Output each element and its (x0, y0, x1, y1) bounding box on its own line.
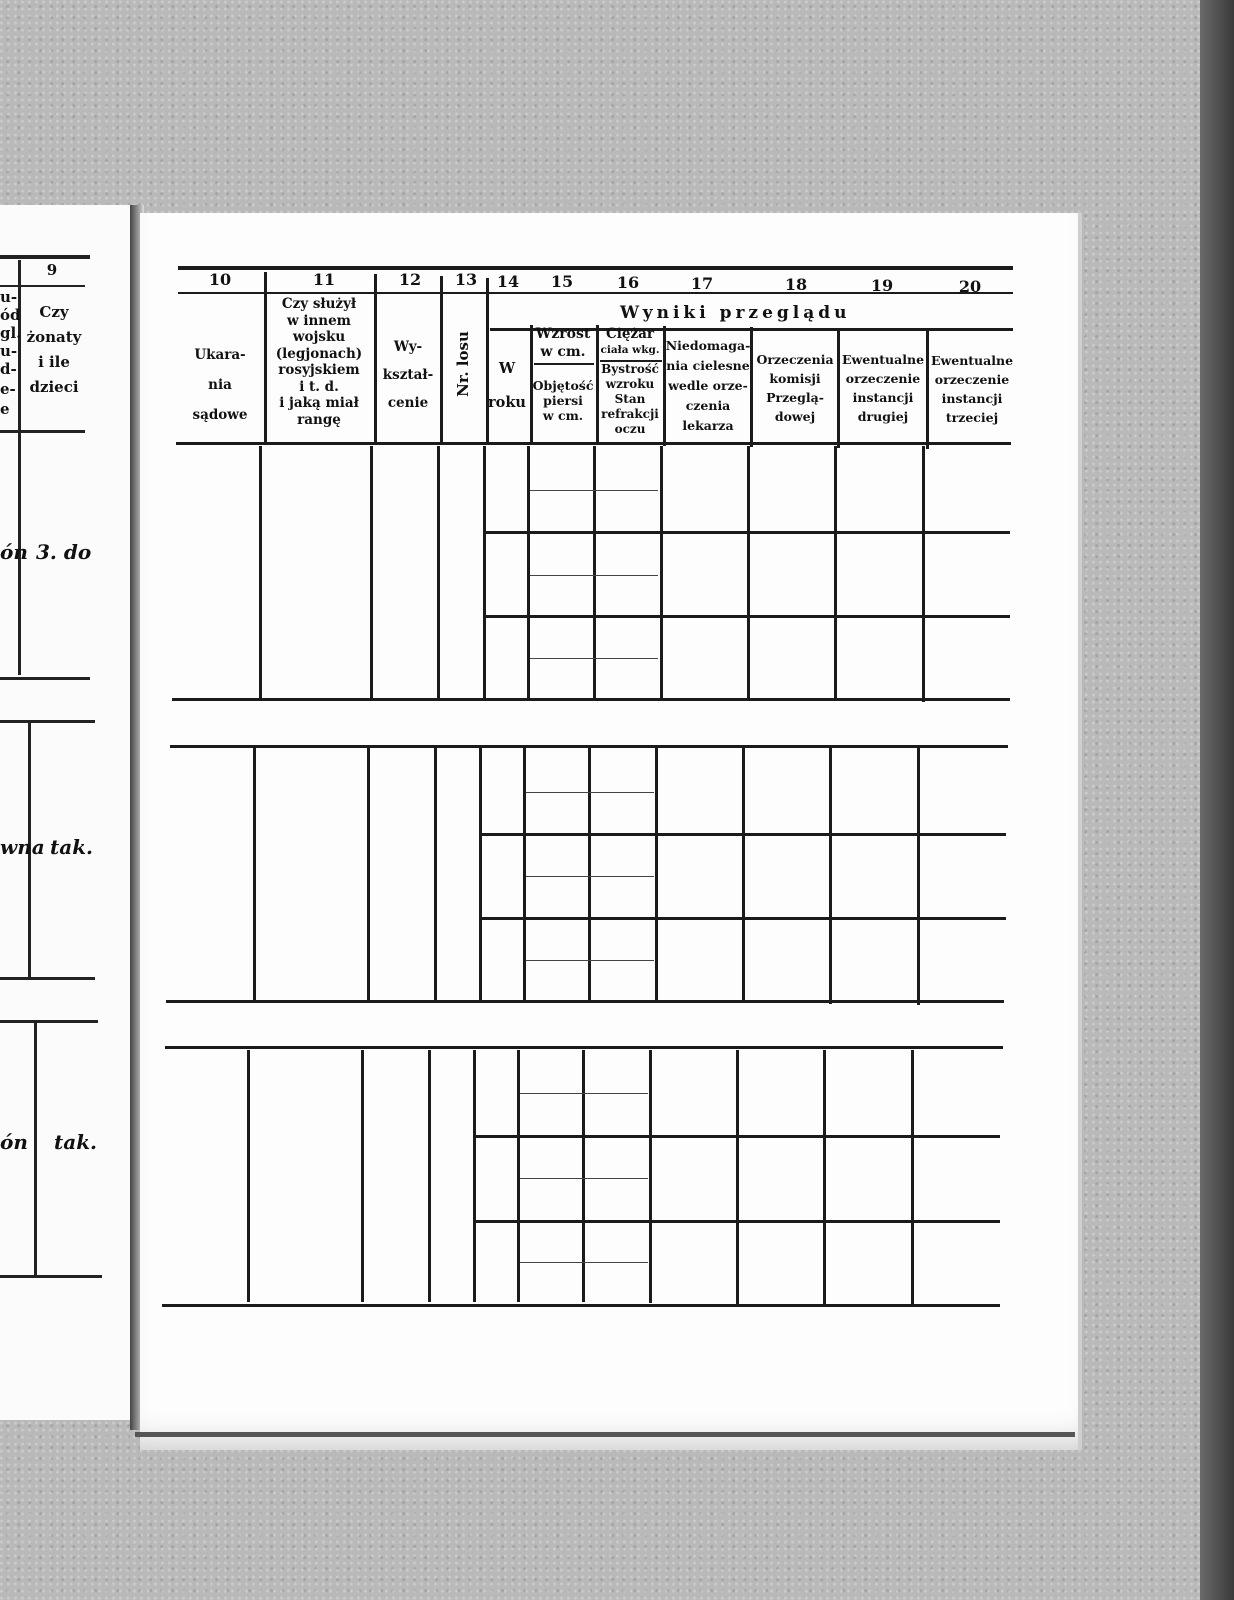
column-divider (253, 748, 256, 1000)
header-orzeczenie-trzeciej: Ewentualne orzeczenie instancji trzeciej (928, 351, 1016, 427)
header-objetosc-piersi: Objętość piersi w cm. (532, 378, 594, 423)
column-9-header-line-3: i ile (22, 350, 86, 374)
header-line: dowej (752, 407, 838, 426)
block-separator (0, 677, 90, 680)
header-line: Objętość (532, 378, 594, 393)
header-line: w innem (266, 313, 372, 330)
header-line: W (488, 352, 526, 386)
sub-row-rule (486, 531, 1010, 534)
column-divider (483, 446, 486, 698)
header-line: Wy- (376, 333, 440, 361)
column-divider (486, 278, 489, 444)
block-separator (0, 720, 95, 723)
header-line: wojsku (266, 329, 372, 346)
header-orzeczenia-komisji: Orzeczenia komisji Przeglą- dowej (752, 350, 838, 426)
header-line: lekarza (665, 416, 751, 436)
handwritten-fragment: ón (0, 540, 28, 564)
header-line: w cm. (532, 343, 594, 361)
group-header-wyniki-przegladu: Wyniki przeglądu (620, 303, 851, 323)
block-bottom-rule (162, 1304, 1000, 1307)
handwritten-entry: tak. (54, 1130, 97, 1154)
header-line: rosyjskiem (266, 362, 372, 379)
header-line: wzroku (598, 377, 662, 392)
inner-line (520, 1262, 648, 1263)
column-number-11: 11 (294, 270, 354, 289)
left-page: 9 Czy żonaty i ile dzieci u- ód gl. u- d… (0, 205, 136, 1420)
sub-row-rule (482, 833, 1006, 836)
column-9-header-line-2: żonaty (22, 325, 86, 349)
inner-line (526, 792, 654, 793)
header-line: Orzeczenia (752, 350, 838, 369)
header-line: roku (488, 386, 526, 420)
column-divider (649, 1050, 652, 1303)
column-divider (434, 748, 437, 1000)
block-separator (0, 1275, 102, 1278)
header-line: Ewentualne (839, 350, 927, 369)
header-line: instancji (928, 389, 1016, 408)
column-divider (367, 748, 370, 1000)
column-divider (837, 328, 840, 448)
inner-line (526, 960, 654, 961)
header-ciezar: Ciężar ciała wkg. (598, 326, 662, 358)
column-divider (428, 1050, 431, 1302)
column-divider (829, 748, 832, 1004)
inner-line (530, 575, 658, 576)
column-divider (922, 446, 925, 702)
handwritten-entry: 3. do (36, 540, 91, 564)
block-separator (0, 977, 95, 980)
column-number-19: 19 (852, 276, 912, 295)
header-line: orzeczenie (839, 369, 927, 388)
column-divider (440, 276, 443, 444)
column-divider (582, 1050, 585, 1302)
column-divider (530, 325, 533, 445)
column-divider (588, 748, 591, 1001)
header-line: orzeczenie (928, 370, 1016, 389)
scanner-edge-shadow (1200, 0, 1234, 1600)
column-divider (264, 272, 267, 444)
column-divider (663, 326, 666, 446)
inner-line (526, 876, 654, 877)
header-line: czenia (665, 396, 751, 416)
page-bottom-edge (135, 1432, 1075, 1437)
column-divider (361, 1050, 364, 1302)
column-divider (370, 446, 373, 698)
column-divider (655, 748, 658, 1002)
column-divider (736, 1050, 739, 1304)
header-line: piersi (532, 393, 594, 408)
sub-row-rule (482, 917, 1006, 920)
column-divider (747, 446, 750, 700)
header-line: Niedomaga- (665, 336, 751, 356)
header-ukarania-sadowe: Ukara- nia sądowe (180, 340, 260, 430)
column-number-18: 18 (766, 275, 826, 294)
header-niedomagania: Niedomaga- nia cielesne wedle orze- czen… (665, 336, 751, 436)
column-divider (823, 1050, 826, 1305)
column-divider (437, 446, 440, 698)
column-divider (742, 748, 745, 1003)
left-column-divider (34, 1023, 37, 1278)
sub-row-rule (486, 615, 1010, 618)
handwritten-entry: tak. (50, 835, 93, 859)
header-line: Wzrost (532, 325, 594, 343)
header-line: oczu (598, 422, 662, 437)
header-line: Stan (598, 392, 662, 407)
sub-row-rule (476, 1135, 1000, 1138)
header-bystrosc-wzroku: Bystrość wzroku Stan refrakcji oczu (598, 362, 662, 437)
header-w-roku: W roku (488, 352, 526, 420)
inner-line (530, 658, 658, 659)
sub-row-rule (476, 1220, 1000, 1223)
header-line: refrakcji (598, 407, 662, 422)
header-line: komisji (752, 369, 838, 388)
header-line: trzeciej (928, 408, 1016, 427)
inner-line (530, 490, 658, 491)
header-nr-losu: Nr. losu (454, 331, 472, 397)
header-line: Czy służył (266, 296, 372, 313)
column-divider (750, 327, 753, 447)
header-line: cenie (376, 389, 440, 417)
column-number-9: 9 (22, 258, 82, 282)
handwritten-fragment: wna (0, 835, 45, 859)
cut-off-fragment: e (0, 397, 10, 421)
header-czy-sluzyl: Czy służył w innem wojsku (legjonach) ro… (266, 296, 372, 428)
header-line: instancji (839, 388, 927, 407)
column-divider (473, 1050, 476, 1302)
block-bottom-rule (166, 1000, 1004, 1003)
inner-line (520, 1178, 648, 1179)
block-separator (0, 1020, 98, 1023)
column-divider (247, 1050, 250, 1302)
header-wyksztalcenie: Wy- kształ- cenie (376, 333, 440, 417)
column-divider (593, 446, 596, 698)
column-number-17: 17 (672, 274, 732, 293)
header-line: nia (180, 370, 260, 400)
column-divider (374, 274, 377, 444)
header-line: Przeglą- (752, 388, 838, 407)
header-line: Ciężar (598, 326, 662, 342)
header-line: i jaką miał (266, 395, 372, 412)
column-divider (517, 1050, 520, 1302)
column-number-12: 12 (380, 270, 440, 289)
column-divider (917, 748, 920, 1005)
column-divider (596, 325, 599, 445)
block-bottom-rule (172, 698, 1010, 701)
column-number-10: 10 (190, 270, 250, 289)
header-line: kształ- (376, 361, 440, 389)
column-divider (259, 446, 262, 698)
header-line: ciała wkg. (598, 342, 662, 358)
header-line: drugiej (839, 407, 927, 426)
header-bottom-rule (176, 442, 1011, 445)
column-number-15: 15 (532, 272, 592, 291)
column-number-16: 16 (598, 273, 658, 292)
header-line: nia cielesne (665, 356, 751, 376)
header-line: Ukara- (180, 340, 260, 370)
header-line: Ewentualne (928, 351, 1016, 370)
block-top-rule (165, 1046, 1003, 1049)
header-line: (legjonach) (266, 346, 372, 363)
header-line: w cm. (532, 408, 594, 423)
column-divider (527, 446, 530, 698)
header-orzeczenie-drugiej: Ewentualne orzeczenie instancji drugiej (839, 350, 927, 426)
column-divider (911, 1050, 914, 1306)
sub-header-rule (534, 363, 594, 365)
column-9-header-line-4: dzieci (22, 375, 86, 399)
column-divider (834, 446, 837, 701)
header-line: Bystrość (598, 362, 662, 377)
column-9-header-line-1: Czy (22, 300, 86, 324)
column-divider (926, 329, 929, 449)
header-line: i t. d. (266, 379, 372, 396)
header-wzrost: Wzrost w cm. (532, 325, 594, 361)
column-divider (523, 748, 526, 1000)
header-line: sądowe (180, 400, 260, 430)
column-divider (660, 446, 663, 699)
column-divider (479, 748, 482, 1000)
header-line: wedle orze- (665, 376, 751, 396)
handwritten-fragment: ón (0, 1130, 28, 1154)
header-line: rangę (266, 412, 372, 429)
column-number-20: 20 (940, 277, 1000, 296)
inner-line (520, 1093, 648, 1094)
header-bottom-rule (0, 430, 85, 433)
